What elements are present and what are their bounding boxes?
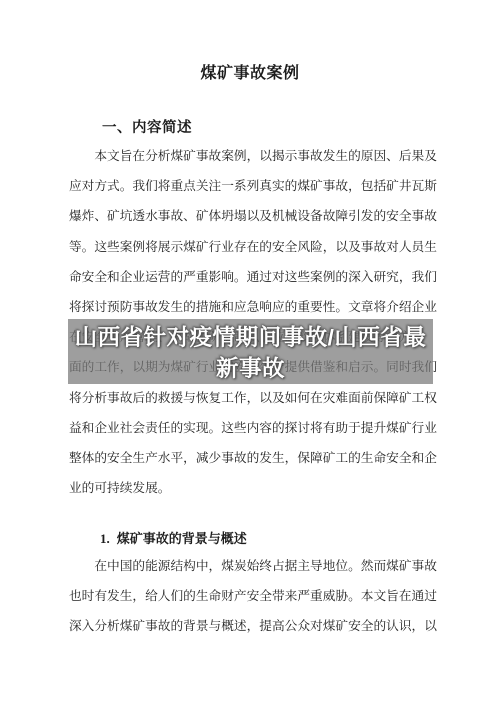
subsection-heading: 1.煤矿事故的背景与概述 [100,528,247,547]
text-line: 等。这些案例将展示煤矿行业存在的安全风险，以及事故对人员生 [69,232,447,262]
text-line: 在中国的能源结构中，煤炭始终占据主导地位。然而煤矿事故 [69,551,447,581]
text-line: 命安全和企业运营的严重影响。通过对这些案例的深入研究，我们 [69,262,447,292]
overlay-banner[interactable]: 山西省针对疫情期间事故/山西省最 新事故 [68,319,433,384]
text-line: 深入分析煤矿事故的背景与概述，提高公众对煤矿安全的认识，以 [69,611,447,641]
subsection-number: 1. [100,531,110,546]
text-line: 也时有发生，给人们的生命财产安全带来严重威胁。本文旨在通过 [69,581,447,611]
text-line: 将探讨预防事故发生的措施和应急响应的重要性。文章将介绍企业 [69,292,447,322]
subsection-title: 煤矿事故的背景与概述 [117,531,247,546]
text-line: 将分析事故后的救援与恢复工作，以及如何在灾难面前保障矿工权 [69,383,447,413]
text-line: 应对方式。我们将重点关注一系列真实的煤矿事故，包括矿井瓦斯 [69,171,447,201]
overlay-banner-text-line2: 新事故 [216,353,285,384]
section-heading: 一、内容简述 [102,116,192,137]
text-line: 爆炸、矿坑透水事故、矿体坍塌以及机械设备故障引发的安全事故 [69,201,447,231]
paragraph-background: 在中国的能源结构中，煤炭始终占据主导地位。然而煤矿事故也时有发生，给人们的生命财… [69,551,447,642]
text-line: 益和企业社会责任的实现。这些内容的探讨将有助于提升煤矿行业 [69,413,447,443]
document-title: 煤矿事故案例 [0,60,500,83]
text-line: 本文旨在分析煤矿事故案例，以揭示事故发生的原因、后果及 [69,141,447,171]
text-line: 业的可持续发展。 [69,473,447,503]
document-page: 煤矿事故案例 一、内容简述 本文旨在分析煤矿事故案例，以揭示事故发生的原因、后果… [0,0,500,706]
overlay-banner-text-line1: 山西省针对疫情期间事故/山西省最 [75,322,427,353]
text-line: 整体的安全生产水平，减少事故的发生，保障矿工的生命安全和企 [69,443,447,473]
